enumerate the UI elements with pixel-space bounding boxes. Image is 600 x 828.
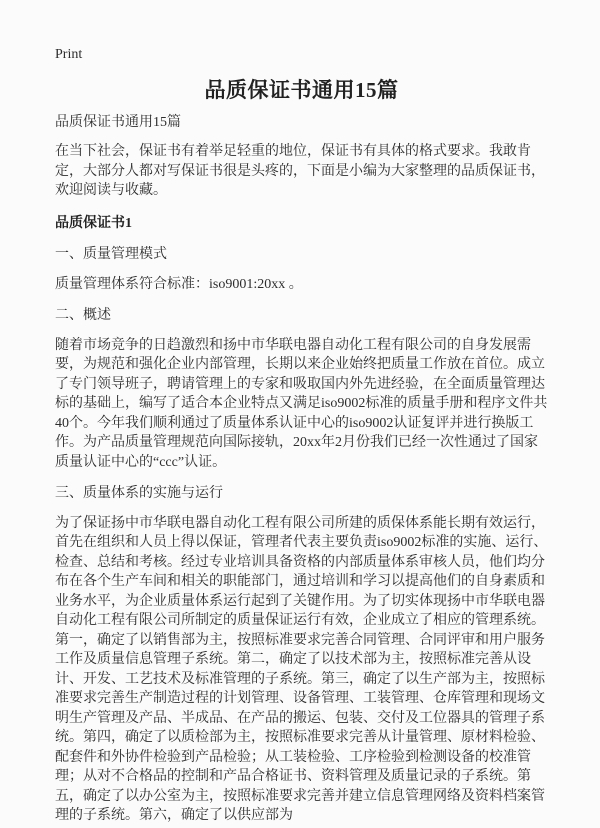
print-button[interactable]: Print xyxy=(55,45,548,65)
page-title: 品质保证书通用15篇 xyxy=(55,77,548,103)
article-1-heading: 品质保证书1 xyxy=(55,214,548,234)
paragraph-system-implementation: 为了保证扬中市华联电器自动化工程有限公司所建的质保体系能长期有效运行，首先在组织… xyxy=(55,514,548,826)
paragraph-quality-standard: 质量管理体系符合标准：iso9001:20xx 。 xyxy=(55,275,548,295)
document-page: Print 品质保证书通用15篇 品质保证书通用15篇 在当下社会，保证书有着举… xyxy=(0,0,600,828)
intro-paragraph: 在当下社会，保证书有着举足轻重的地位，保证书有具体的格式要求。我敢肯定，大部分人… xyxy=(55,142,548,201)
subheading-overview: 二、概述 xyxy=(55,306,548,326)
subheading-system-implementation: 三、质量体系的实施与运行 xyxy=(55,484,548,504)
paragraph-overview: 随着市场竞争的日趋激烈和扬中市华联电器自动化工程有限公司的自身发展需要，为规范和… xyxy=(55,336,548,473)
document-subtitle: 品质保证书通用15篇 xyxy=(55,113,548,133)
subheading-quality-management-model: 一、质量管理模式 xyxy=(55,245,548,265)
